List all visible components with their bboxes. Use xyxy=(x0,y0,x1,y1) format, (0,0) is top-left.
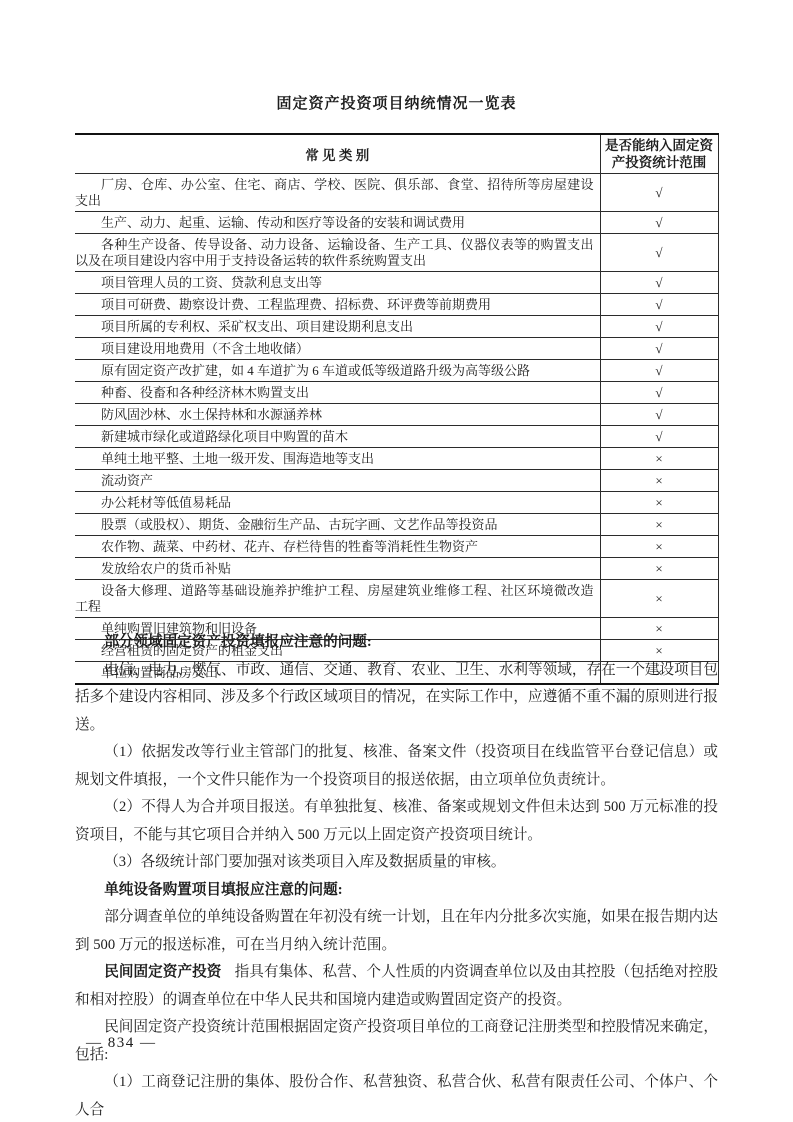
included-cell: √ xyxy=(600,174,718,212)
notes-paragraph: 部分调查单位的单纯设备购置在年初没有统一计划，且在年内分批多次实施，如果在报告期… xyxy=(75,904,718,959)
included-cell: √ xyxy=(600,294,718,316)
included-cell: √ xyxy=(600,272,718,294)
column-header-included-line2: 产投资统计范围 xyxy=(601,154,718,171)
included-cell: √ xyxy=(600,404,718,426)
notes-paragraph: （2）不得人为合并项目报送。有单独批复、核准、备案或规划文件但未达到 500 万… xyxy=(75,794,718,849)
table-row: 各种生产设备、传导设备、动力设备、运输设备、生产工具、仪器仪表等的购置支出以及在… xyxy=(75,234,718,272)
category-cell: 项目可研费、勘察设计费、工程监理费、招标费、环评费等前期费用 xyxy=(75,294,600,316)
table-row: 流动资产× xyxy=(75,470,718,492)
page-number: — 834 — xyxy=(86,1035,157,1052)
category-cell: 流动资产 xyxy=(75,470,600,492)
category-cell: 股票（或股权）、期货、金融衍生产品、古玩字画、文艺作品等投资品 xyxy=(75,514,600,536)
table-row: 设备大修理、道路等基础设施养护维护工程、房屋建筑业维修工程、社区环境微改造工程× xyxy=(75,580,718,618)
category-cell: 各种生产设备、传导设备、动力设备、运输设备、生产工具、仪器仪表等的购置支出以及在… xyxy=(75,234,600,272)
document-title: 固定资产投资项目纳统情况一览表 xyxy=(0,92,793,113)
category-cell: 新建城市绿化或道路绿化项目中购置的苗木 xyxy=(75,426,600,448)
notes-paragraph: 民间固定资产投资统计范围根据固定资产投资项目单位的工商登记注册类型和控股情况来确… xyxy=(75,1014,718,1069)
included-cell: √ xyxy=(600,212,718,234)
notes-paragraph-term: 民间固定资产投资指具有集体、私营、个人性质的内资调查单位以及由其控股（包括绝对控… xyxy=(75,959,718,1014)
notes-section: 部分领域固定资产投资填报应注意的问题: 电信、电力、燃气、市政、通信、交通、教育… xyxy=(75,629,718,1122)
table-row: 厂房、仓库、办公室、住宅、商店、学校、医院、俱乐部、食堂、招待所等房屋建设支出√ xyxy=(75,174,718,212)
category-cell: 发放给农户的货币补贴 xyxy=(75,558,600,580)
category-cell: 原有固定资产改扩建，如 4 车道扩为 6 车道或低等级道路升级为高等级公路 xyxy=(75,360,600,382)
included-cell: √ xyxy=(600,426,718,448)
investment-inclusion-table: 常 见 类 别 是否能纳入固定资 产投资统计范围 厂房、仓库、办公室、住宅、商店… xyxy=(75,133,719,685)
included-cell: √ xyxy=(600,234,718,272)
document-page: 固定资产投资项目纳统情况一览表 常 见 类 别 是否能纳入固定资 产投资统计范围… xyxy=(0,0,793,1122)
table-row: 防风固沙林、水土保持林和水源涵养林√ xyxy=(75,404,718,426)
included-cell: × xyxy=(600,492,718,514)
category-cell: 防风固沙林、水土保持林和水源涵养林 xyxy=(75,404,600,426)
category-cell: 办公耗材等低值易耗品 xyxy=(75,492,600,514)
table-row: 项目建设用地费用（不含土地收储）√ xyxy=(75,338,718,360)
included-cell: √ xyxy=(600,382,718,404)
category-cell: 厂房、仓库、办公室、住宅、商店、学校、医院、俱乐部、食堂、招待所等房屋建设支出 xyxy=(75,174,600,212)
category-cell: 农作物、蔬菜、中药材、花卉、存栏待售的牲畜等消耗性生物资产 xyxy=(75,536,600,558)
table-row: 原有固定资产改扩建，如 4 车道扩为 6 车道或低等级道路升级为高等级公路√ xyxy=(75,360,718,382)
column-header-category: 常 见 类 别 xyxy=(75,134,600,174)
column-header-included-line1: 是否能纳入固定资 xyxy=(601,137,718,154)
term-label: 民间固定资产投资 xyxy=(104,964,221,980)
table-row: 项目管理人员的工资、贷款利息支出等√ xyxy=(75,272,718,294)
table-header-row: 常 见 类 别 是否能纳入固定资 产投资统计范围 xyxy=(75,134,718,174)
category-cell: 生产、动力、起重、运输、传动和医疗等设备的安装和调试费用 xyxy=(75,212,600,234)
table-row: 办公耗材等低值易耗品× xyxy=(75,492,718,514)
included-cell: × xyxy=(600,580,718,618)
table-row: 生产、动力、起重、运输、传动和医疗等设备的安装和调试费用√ xyxy=(75,212,718,234)
category-cell: 项目建设用地费用（不含土地收储） xyxy=(75,338,600,360)
table-row: 项目可研费、勘察设计费、工程监理费、招标费、环评费等前期费用√ xyxy=(75,294,718,316)
included-cell: √ xyxy=(600,316,718,338)
category-cell: 项目管理人员的工资、贷款利息支出等 xyxy=(75,272,600,294)
notes-paragraph: （1）工商登记注册的集体、股份合作、私营独资、私营合伙、私营有限责任公司、个体户… xyxy=(75,1069,718,1122)
notes-heading-1: 部分领域固定资产投资填报应注意的问题: xyxy=(75,629,718,657)
included-cell: √ xyxy=(600,360,718,382)
table-row: 农作物、蔬菜、中药材、花卉、存栏待售的牲畜等消耗性生物资产× xyxy=(75,536,718,558)
column-header-included: 是否能纳入固定资 产投资统计范围 xyxy=(600,134,718,174)
notes-paragraph: （3）各级统计部门要加强对该类项目入库及数据质量的审核。 xyxy=(75,849,718,877)
notes-heading-2: 单纯设备购置项目填报应注意的问题: xyxy=(75,877,718,905)
included-cell: × xyxy=(600,536,718,558)
included-cell: × xyxy=(600,448,718,470)
category-cell: 单纯土地平整、土地一级开发、围海造地等支出 xyxy=(75,448,600,470)
category-cell: 设备大修理、道路等基础设施养护维护工程、房屋建筑业维修工程、社区环境微改造工程 xyxy=(75,580,600,618)
table-row: 新建城市绿化或道路绿化项目中购置的苗木√ xyxy=(75,426,718,448)
table-row: 单纯土地平整、土地一级开发、围海造地等支出× xyxy=(75,448,718,470)
table-row: 发放给农户的货币补贴× xyxy=(75,558,718,580)
table-row: 种畜、役畜和各种经济林木购置支出√ xyxy=(75,382,718,404)
notes-paragraph: 电信、电力、燃气、市政、通信、交通、教育、农业、卫生、水利等领域，存在一个建设项… xyxy=(75,657,718,740)
category-cell: 种畜、役畜和各种经济林木购置支出 xyxy=(75,382,600,404)
included-cell: × xyxy=(600,470,718,492)
included-cell: × xyxy=(600,514,718,536)
notes-paragraph: （1）依据发改等行业主管部门的批复、核准、备案文件（投资项目在线监管平台登记信息… xyxy=(75,739,718,794)
table-row: 股票（或股权）、期货、金融衍生产品、古玩字画、文艺作品等投资品× xyxy=(75,514,718,536)
category-cell: 项目所属的专利权、采矿权支出、项目建设期利息支出 xyxy=(75,316,600,338)
included-cell: × xyxy=(600,558,718,580)
table-row: 项目所属的专利权、采矿权支出、项目建设期利息支出√ xyxy=(75,316,718,338)
included-cell: √ xyxy=(600,338,718,360)
